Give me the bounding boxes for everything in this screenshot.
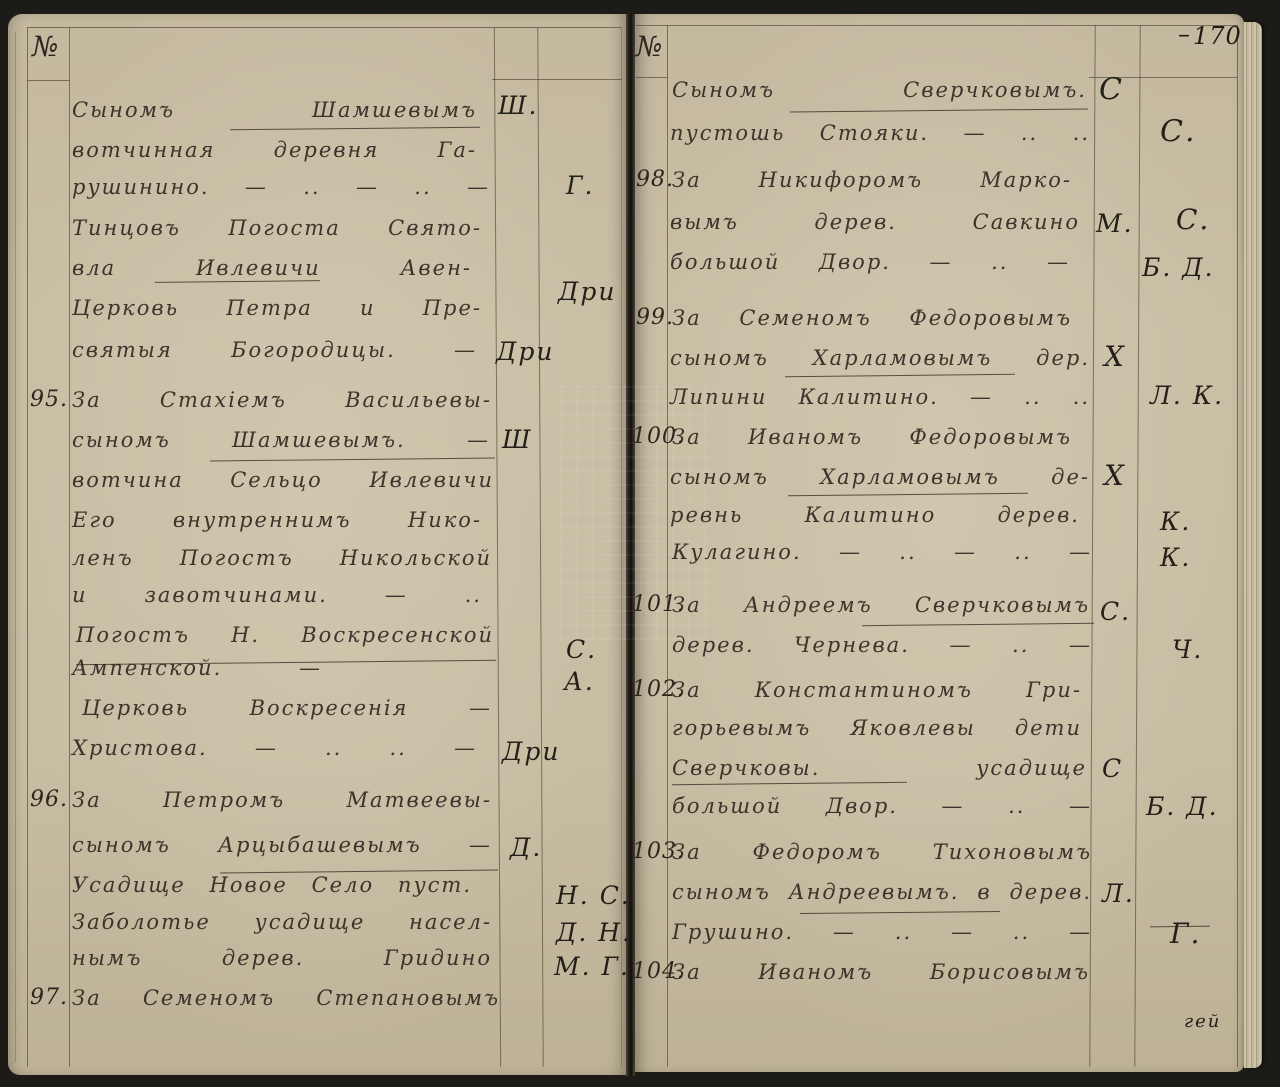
left-top-rule xyxy=(27,27,621,28)
right-top-rule xyxy=(636,25,1237,26)
text-line: Грушино. — .. — .. — xyxy=(672,919,1092,945)
text-line: Церковь Петра и Пре- xyxy=(72,295,482,321)
col4-mark: Г. xyxy=(1170,920,1201,948)
left-number-column-rule xyxy=(69,27,70,1067)
text-line: Христова. — .. .. — xyxy=(72,735,477,761)
col4-mark: Г. xyxy=(566,172,595,200)
text-line: сыномъ Харламовымъ дер. xyxy=(670,345,1090,371)
text-line: дерев. Чернева. — .. — xyxy=(672,632,1092,658)
text-line: вотчина Сельцо Ивлевичи xyxy=(72,467,494,493)
col4-mark: Б. Д. xyxy=(1142,254,1215,282)
col3-mark: Х xyxy=(1104,462,1126,490)
entry-number: 97. xyxy=(30,985,68,1011)
text-line: Церковь Воскресенія — xyxy=(82,695,492,721)
text-line: вла Ивлевичи Авен- xyxy=(72,255,472,281)
text-line: святыя Богородицы. — xyxy=(72,337,477,363)
col4-mark: Б. Д. xyxy=(1146,793,1219,821)
text-line: За Стахіемъ Васильевы- xyxy=(72,387,492,413)
right-number-header: № xyxy=(636,30,663,63)
text-line: За Семеномъ Федоровымъ xyxy=(672,305,1072,331)
text-line: Тинцовъ Погоста Свято- xyxy=(72,215,482,241)
text-line: ленъ Погостъ Никольской xyxy=(72,545,492,571)
col3-mark: Л. xyxy=(1102,880,1135,908)
text-line: За Иваномъ Федоровымъ xyxy=(672,424,1072,450)
text-line: За Иваномъ Борисовымъ xyxy=(672,959,1090,985)
col4-mark: Ч. xyxy=(1172,636,1203,664)
left-margin-rule xyxy=(15,32,16,1062)
right-header-rule-number xyxy=(636,77,667,78)
page-edges xyxy=(1244,22,1262,1068)
text-line: Кулагино. — .. — .. — xyxy=(672,539,1092,565)
col3-mark: Ш. xyxy=(498,92,538,120)
col3-mark: Ш xyxy=(502,426,533,454)
col4-mark: С. xyxy=(566,636,597,664)
text-line: За Петромъ Матвеевы- xyxy=(72,787,492,813)
text-line: За Федоромъ Тихоновымъ xyxy=(672,839,1092,865)
text-line: Сыномъ Сверчковымъ. xyxy=(672,77,1087,103)
text-line: Сыномъ Шамшевымъ xyxy=(72,97,477,123)
text-line: сыномъ Андреевымъ. в дерев. xyxy=(672,879,1092,905)
text-line: вымъ дерев. Савкино xyxy=(670,209,1080,235)
text-line: Сверчковы. усадище xyxy=(672,755,1087,781)
entry-number: 96. xyxy=(30,787,68,813)
text-line: За Семеномъ Степановымъ xyxy=(72,985,500,1011)
col3-mark: Х xyxy=(1104,343,1126,371)
col3-mark: М. xyxy=(1096,210,1134,238)
left-header-rule-marks xyxy=(492,79,622,80)
col4-mark: Н. С. xyxy=(556,882,631,910)
text-line: За Никифоромъ Марко- xyxy=(672,167,1072,193)
right-border-rule xyxy=(1237,25,1238,1067)
text-line: Его внутреннимъ Нико- xyxy=(72,507,482,533)
entry-number: 98. xyxy=(636,167,674,193)
text-line: и завотчинами. — .. xyxy=(72,582,482,608)
page-number-dash: – xyxy=(1178,20,1191,48)
col4-mark: С. xyxy=(1160,118,1197,146)
col4-mark: Д. Н. xyxy=(556,919,632,947)
text-line: Усадище Новое Село пуст. xyxy=(72,872,472,898)
col3-mark: Дри xyxy=(496,338,554,366)
text-line: сыномъ Харламовымъ де- xyxy=(670,464,1090,490)
col4-mark: С. xyxy=(1176,206,1210,234)
left-header-rule-number xyxy=(27,80,69,81)
col3-mark: С xyxy=(1102,755,1123,783)
text-line: сыномъ Арцыбашевымъ — xyxy=(72,832,492,858)
entry-number: 95. xyxy=(30,387,68,413)
col4-mark: Л. К. xyxy=(1150,382,1224,410)
col4-mark: М. Г. xyxy=(554,953,630,981)
col3-mark: С xyxy=(1099,76,1124,104)
text-line: большой Двор. — .. — xyxy=(670,249,1070,275)
col3-mark: Дри xyxy=(502,738,560,766)
text-line: сыномъ Шамшевымъ. — xyxy=(72,427,490,453)
left-number-header: № xyxy=(32,30,59,63)
left-border-rule xyxy=(27,27,28,1067)
text-line: Ампенской. — xyxy=(72,655,322,681)
page-number: 170 xyxy=(1193,22,1242,50)
col4-mark: А. xyxy=(564,668,595,696)
text-line: Заболотье усадище насел- xyxy=(72,909,492,935)
catchword: гей xyxy=(1184,1008,1221,1036)
col4-mark: К. xyxy=(1160,544,1191,572)
text-line: пустошь Стояки. — .. .. xyxy=(670,120,1090,146)
col3-mark: С. xyxy=(1100,598,1131,626)
entry-number: 99. xyxy=(636,305,674,331)
text-line: ревнь Калитино дерев. xyxy=(670,502,1080,528)
text-line: рушинино. — .. — .. — xyxy=(72,174,490,200)
text-line: горьевымъ Яковлевы дети xyxy=(672,715,1082,741)
col4-mark: К. xyxy=(1160,508,1191,536)
text-line: За Константиномъ Гри- xyxy=(672,677,1082,703)
text-line: вотчинная деревня Га- xyxy=(72,137,477,163)
left-inner-rule xyxy=(621,27,622,1067)
text-line: большой Двор. — .. — xyxy=(672,793,1092,819)
col3-mark: Д. xyxy=(510,834,542,862)
section-heading-line: Погостъ Н. Воскресенской xyxy=(76,622,494,648)
ledger-scan: № № – 170 95. 96. 97. Сыномъ Шамшевымъ в… xyxy=(0,0,1280,1087)
text-line: нымъ дерев. Гридино xyxy=(72,945,492,971)
text-line: За Андреемъ Сверчковымъ xyxy=(672,592,1090,618)
col4-mark: Дри xyxy=(558,278,616,306)
text-line: Липини Калитино. — .. .. xyxy=(670,384,1090,410)
